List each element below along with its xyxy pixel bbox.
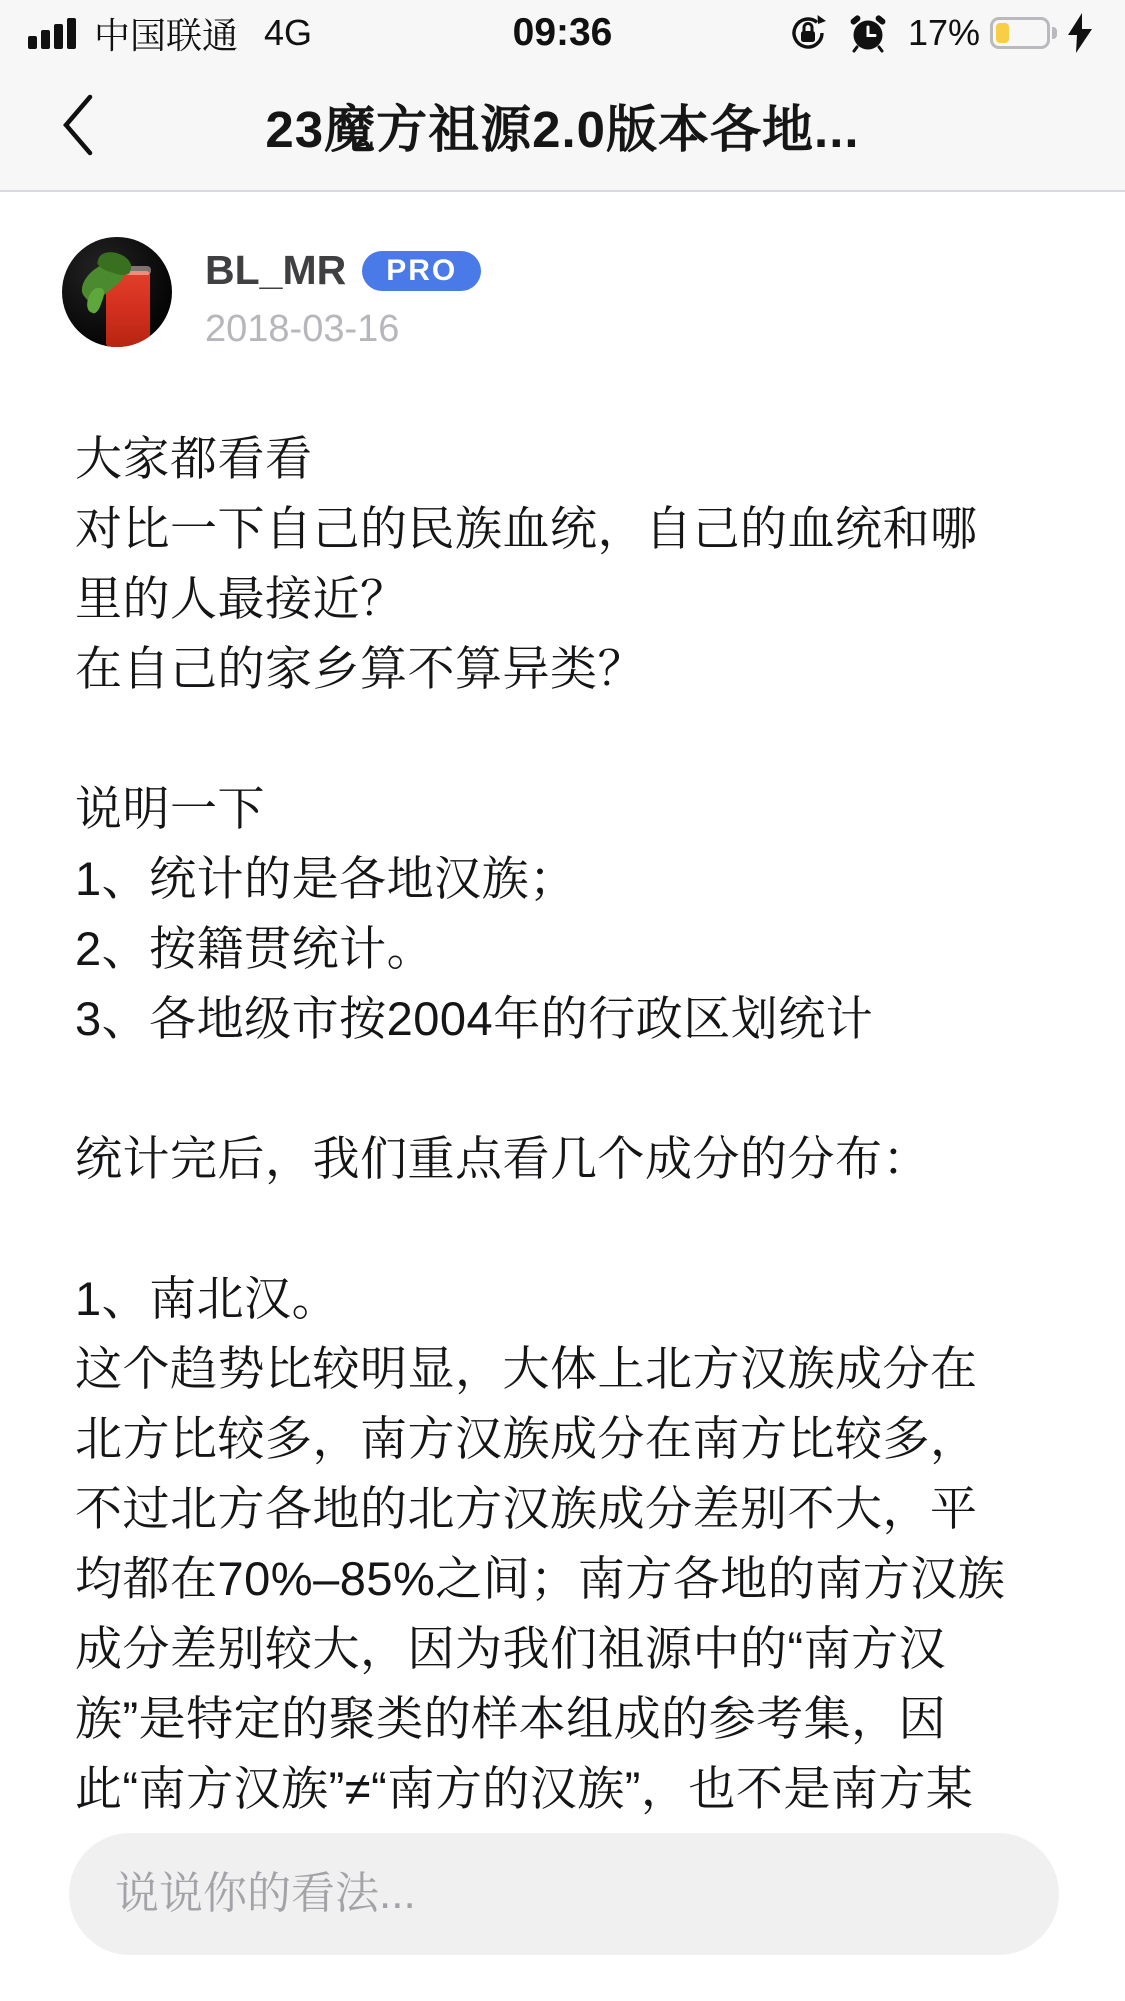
post-body: 大家都看看对比一下自己的民族血统，自己的血统和哪里的人最接近？在自己的家乡算不算… [0, 424, 1125, 1824]
body-line: 此“南方汉族”≠“南方的汉族”，也不是南方某 [75, 1754, 1055, 1824]
status-bar-right: 17% [770, 11, 1095, 55]
body-line: 里的人最接近？ [75, 564, 1055, 634]
back-button[interactable] [44, 60, 112, 190]
body-line: 2、按籍贯统计。 [75, 914, 1055, 984]
body-line: 3、各地级市按2004年的行政区划统计 [75, 984, 1055, 1054]
screen: 中国联通 4G 09:36 17% [0, 0, 1125, 2001]
body-line [75, 704, 1055, 774]
author-name[interactable]: BL_MR [205, 247, 346, 294]
body-line: 1、统计的是各地汉族； [75, 844, 1055, 914]
body-line: 这个趋势比较明显，大体上北方汉族成分在 [75, 1334, 1055, 1404]
battery-percent-label: 17% [908, 12, 980, 54]
signal-bars-icon [28, 18, 80, 49]
battery-icon [990, 17, 1057, 49]
alarm-clock-icon [846, 11, 890, 55]
body-line: 说明一下 [75, 774, 1055, 844]
body-line: 均都在70%–85%之间；南方各地的南方汉族 [75, 1544, 1055, 1614]
body-line: 1、南北汉。 [75, 1264, 1055, 1334]
body-line: 族”是特定的聚类的样本组成的参考集，因 [75, 1684, 1055, 1754]
network-type-label: 4G [264, 12, 312, 54]
page-title: 23魔方祖源2.0版本各地... [265, 88, 859, 162]
chevron-left-icon [58, 90, 98, 160]
battery-fill [996, 23, 1009, 43]
body-line [75, 1054, 1055, 1124]
body-line: 对比一下自己的民族血统，自己的血统和哪 [75, 494, 1055, 564]
status-bar-left: 中国联通 4G [28, 8, 312, 59]
body-line: 在自己的家乡算不算异类？ [75, 634, 1055, 704]
charging-bolt-icon [1065, 11, 1095, 55]
avatar[interactable] [62, 237, 172, 347]
post-meta: BL_MR PRO 2018-03-16 [205, 237, 481, 351]
carrier-label: 中国联通 [94, 8, 238, 59]
post-date: 2018-03-16 [205, 308, 481, 351]
body-line: 成分差别较大，因为我们祖源中的“南方汉 [75, 1614, 1055, 1684]
body-line: 统计完后，我们重点看几个成分的分布： [75, 1124, 1055, 1194]
comment-input[interactable] [69, 1833, 1059, 1955]
body-line: 大家都看看 [75, 424, 1055, 494]
body-line: 北方比较多，南方汉族成分在南方比较多， [75, 1404, 1055, 1474]
post-header: BL_MR PRO 2018-03-16 [62, 237, 1125, 351]
status-bar: 中国联通 4G 09:36 17% [0, 0, 1125, 60]
comment-bar [69, 1833, 1059, 1955]
body-line: 不过北方各地的北方汉族成分差别不大，平 [75, 1474, 1055, 1544]
nav-bar: 23魔方祖源2.0版本各地... [0, 60, 1125, 192]
body-line [75, 1194, 1055, 1264]
pro-badge: PRO [362, 251, 481, 291]
orientation-lock-icon [786, 11, 830, 55]
